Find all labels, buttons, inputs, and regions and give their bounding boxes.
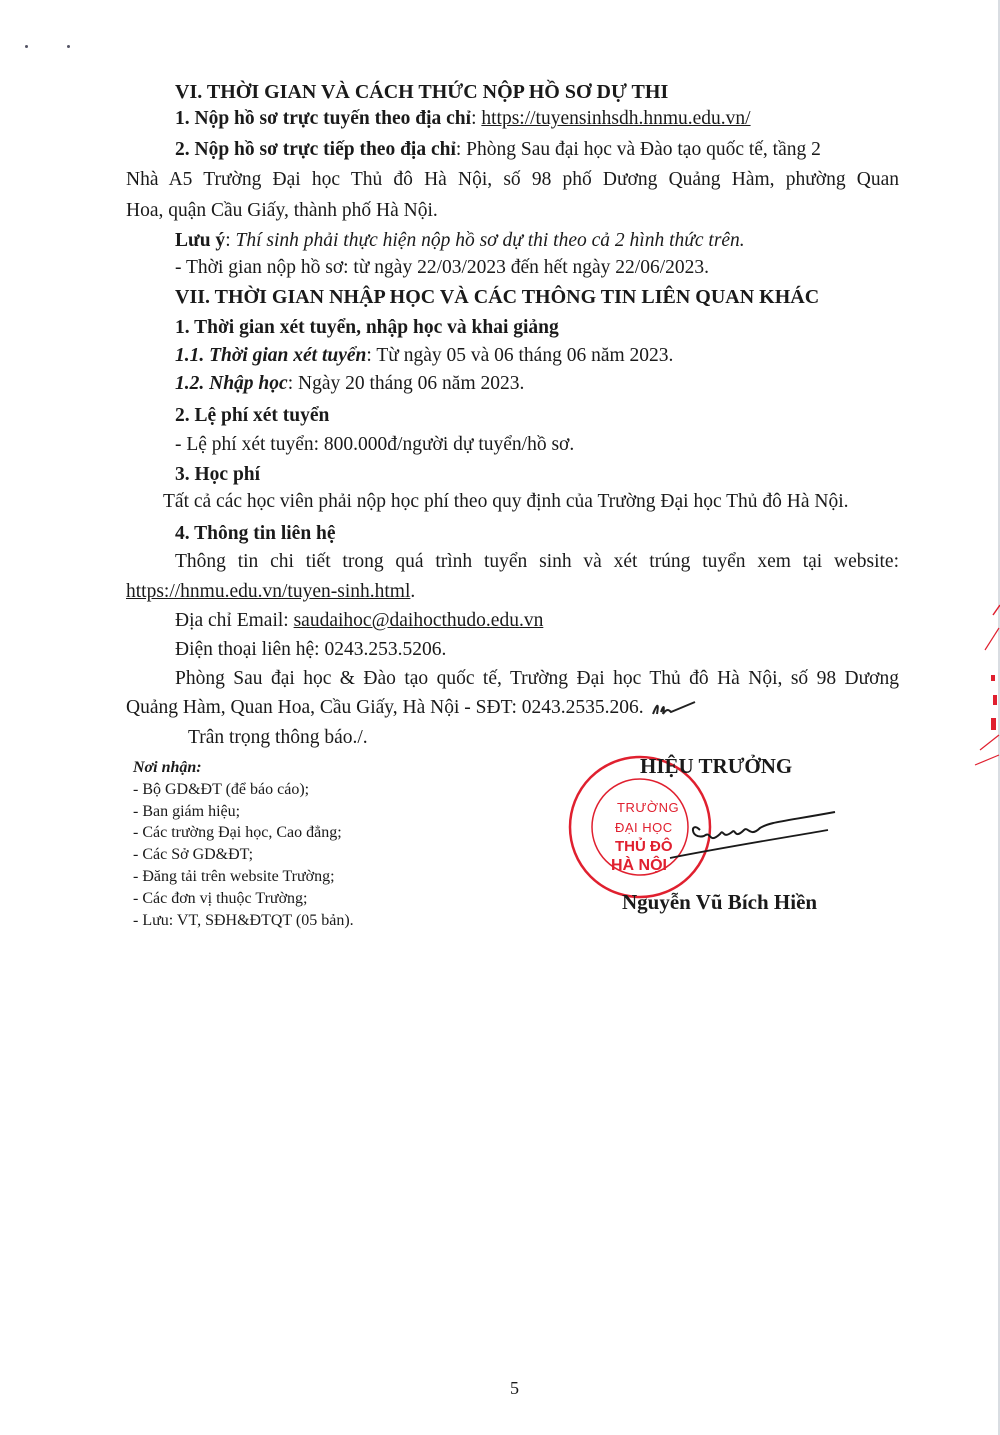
sub1-2-label: 1.2. Nhập học: [175, 373, 288, 394]
edge-seal-fragment-icon: [955, 600, 1000, 780]
note-label: Lưu ý: [175, 230, 225, 251]
sub1-1: 1.1. Thời gian xét tuyển: Từ ngày 05 và …: [175, 344, 673, 368]
document-page: VI. THỜI GIAN VÀ CÁCH THỨC NỘP HỒ SƠ DỰ …: [0, 0, 1000, 1435]
contact-intro: Thông tin chi tiết trong quá trình tuyển…: [175, 550, 899, 574]
sub1-2-text: : Ngày 20 tháng 06 năm 2023.: [288, 373, 525, 394]
section-6-heading: VI. THỜI GIAN VÀ CÁCH THỨC NỘP HỒ SƠ DỰ …: [175, 80, 668, 104]
sub3-text: Tất cả các học viên phải nộp học phí the…: [163, 490, 849, 514]
sub1-2: 1.2. Nhập học: Ngày 20 tháng 06 năm 2023…: [175, 372, 524, 396]
sub2-heading: 2. Lệ phí xét tuyển: [175, 404, 329, 428]
recipient-item: - Đăng tải trên website Trường;: [133, 866, 354, 888]
online-submission-label: 1. Nộp hồ sơ trực tuyến theo địa chỉ: [175, 108, 471, 129]
recipients-block: Nơi nhận: - Bộ GD&ĐT (để báo cáo); - Ban…: [133, 757, 354, 931]
scan-speck: [67, 45, 70, 48]
contact-phone: Điện thoại liên hệ: 0243.253.5206.: [175, 638, 446, 662]
email-label: Địa chỉ Email:: [175, 610, 294, 631]
note: Lưu ý: Thí sinh phải thực hiện nộp hồ sơ…: [175, 229, 745, 253]
recipient-item: - Ban giám hiệu;: [133, 801, 354, 823]
online-submission-link[interactable]: https://tuyensinhsdh.hnmu.edu.vn/: [481, 108, 750, 129]
sub2-text: - Lệ phí xét tuyển: 800.000đ/người dự tu…: [175, 433, 574, 457]
sub1-heading: 1. Thời gian xét tuyển, nhập học và khai…: [175, 316, 559, 340]
direct-submission-cont: Nhà A5 Trường Đại học Thủ đô Hà Nội, số …: [126, 168, 899, 192]
direct-submission-label: 2. Nộp hồ sơ trực tiếp theo địa chỉ: [175, 139, 456, 160]
contact-email: Địa chỉ Email: saudaihoc@daihocthudo.edu…: [175, 609, 543, 633]
separator: :: [225, 230, 235, 251]
recipient-item: - Bộ GD&ĐT (để báo cáo);: [133, 779, 354, 801]
note-text: Thí sinh phải thực hiện nộp hồ sơ dự thi…: [235, 230, 744, 251]
page-number: 5: [510, 1378, 519, 1399]
closing: Trân trọng thông báo./.: [188, 726, 368, 750]
period: .: [410, 581, 415, 602]
email-link[interactable]: saudaihoc@daihocthudo.edu.vn: [294, 610, 544, 631]
initials-mark-icon: [649, 698, 699, 720]
submission-deadline: - Thời gian nộp hồ sơ: từ ngày 22/03/202…: [175, 256, 709, 280]
sub1-1-label: 1.1. Thời gian xét tuyển: [175, 345, 366, 366]
signatory-name: Nguyễn Vũ Bích Hiền: [622, 890, 817, 915]
direct-submission: 2. Nộp hồ sơ trực tiếp theo địa chỉ: Phò…: [175, 138, 821, 162]
sub3-heading: 3. Học phí: [175, 463, 260, 487]
recipient-item: - Các trường Đại học, Cao đẳng;: [133, 822, 354, 844]
direct-submission-cont2: Hoa, quận Cầu Giấy, thành phố Hà Nội.: [126, 199, 438, 223]
sub4-heading: 4. Thông tin liên hệ: [175, 522, 336, 546]
separator: :: [471, 108, 481, 129]
recipient-item: - Các đơn vị thuộc Trường;: [133, 888, 354, 910]
contact-website-link[interactable]: https://hnmu.edu.vn/tuyen-sinh.html: [126, 581, 410, 602]
contact-address: Phòng Sau đại học & Đào tạo quốc tế, Trư…: [175, 667, 899, 691]
recipient-item: - Lưu: VT, SĐH&ĐTQT (05 bản).: [133, 910, 354, 932]
direct-submission-text: : Phòng Sau đại học và Đào tạo quốc tế, …: [456, 139, 821, 160]
section-7-heading: VII. THỜI GIAN NHẬP HỌC VÀ CÁC THÔNG TIN…: [175, 285, 819, 309]
scan-speck: [25, 45, 28, 48]
handwritten-signature-icon: [660, 800, 840, 870]
recipient-item: - Các Sở GD&ĐT;: [133, 844, 354, 866]
recipients-title: Nơi nhận:: [133, 757, 354, 779]
contact-address-text: Quảng Hàm, Quan Hoa, Cầu Giấy, Hà Nội - …: [126, 697, 644, 718]
sub1-1-text: : Từ ngày 05 và 06 tháng 06 năm 2023.: [366, 345, 673, 366]
stamp-line: HÀ NỘI: [611, 857, 667, 875]
contact-website: https://hnmu.edu.vn/tuyen-sinh.html.: [126, 580, 415, 604]
online-submission: 1. Nộp hồ sơ trực tuyến theo địa chỉ: ht…: [175, 107, 751, 131]
signature-title: HIỆU TRƯỞNG: [640, 754, 792, 779]
contact-address-cont: Quảng Hàm, Quan Hoa, Cầu Giấy, Hà Nội - …: [126, 696, 699, 720]
